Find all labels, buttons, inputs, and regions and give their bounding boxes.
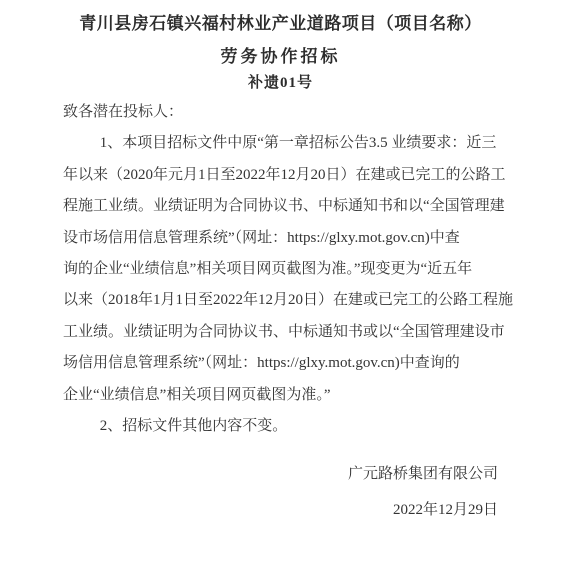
signature-date: 2022年12月29日 — [0, 495, 498, 526]
signature-company: 广元路桥集团有限公司 — [0, 459, 498, 490]
body-line: 设市场信用信息管理系统”（网址：https://glxy.mot.gov.cn)… — [63, 223, 498, 254]
body-line: 年以来（2020年元月1日至2022年12月20日）在建或已完工的公路工 — [63, 160, 498, 191]
body-line: 以来（2018年1月1日至2022年12月20日）在建或已完工的公路工程施 — [63, 285, 498, 316]
document-title: 青川县房石镇兴福村林业产业道路项目（项目名称） — [0, 14, 561, 34]
body-line: 2、招标文件其他内容不变。 — [63, 411, 498, 442]
supplement-number: 补遗01号 — [0, 74, 561, 92]
signature-block: 广元路桥集团有限公司 2022年12月29日 — [0, 459, 498, 526]
document-body: 致各潜在投标人： 1、本项目招标文件中原“第一章招标公告3.5 业绩要求：近三 … — [63, 97, 498, 442]
document-subtitle: 劳务协作招标 — [0, 47, 561, 67]
body-line: 工业绩。业绩证明为合同协议书、中标通知书或以“全国管理建设市 — [63, 317, 498, 348]
body-line: 企业“业绩信息”相关项目网页截图为准。” — [63, 380, 498, 411]
document-header: 青川县房石镇兴福村林业产业道路项目（项目名称） 劳务协作招标 补遗01号 — [0, 14, 561, 92]
body-line: 场信用信息管理系统”（网址：https://glxy.mot.gov.cn)中查… — [63, 348, 498, 379]
body-line: 询的企业“业绩信息”相关项目网页截图为准。”现变更为“近五年 — [63, 254, 498, 285]
body-line: 1、本项目招标文件中原“第一章招标公告3.5 业绩要求：近三 — [63, 128, 498, 159]
body-line: 程施工业绩。业绩证明为合同协议书、中标通知书和以“全国管理建 — [63, 191, 498, 222]
salutation-line: 致各潜在投标人： — [63, 97, 498, 128]
document-page: 青川县房石镇兴福村林业产业道路项目（项目名称） 劳务协作招标 补遗01号 致各潜… — [0, 0, 561, 587]
